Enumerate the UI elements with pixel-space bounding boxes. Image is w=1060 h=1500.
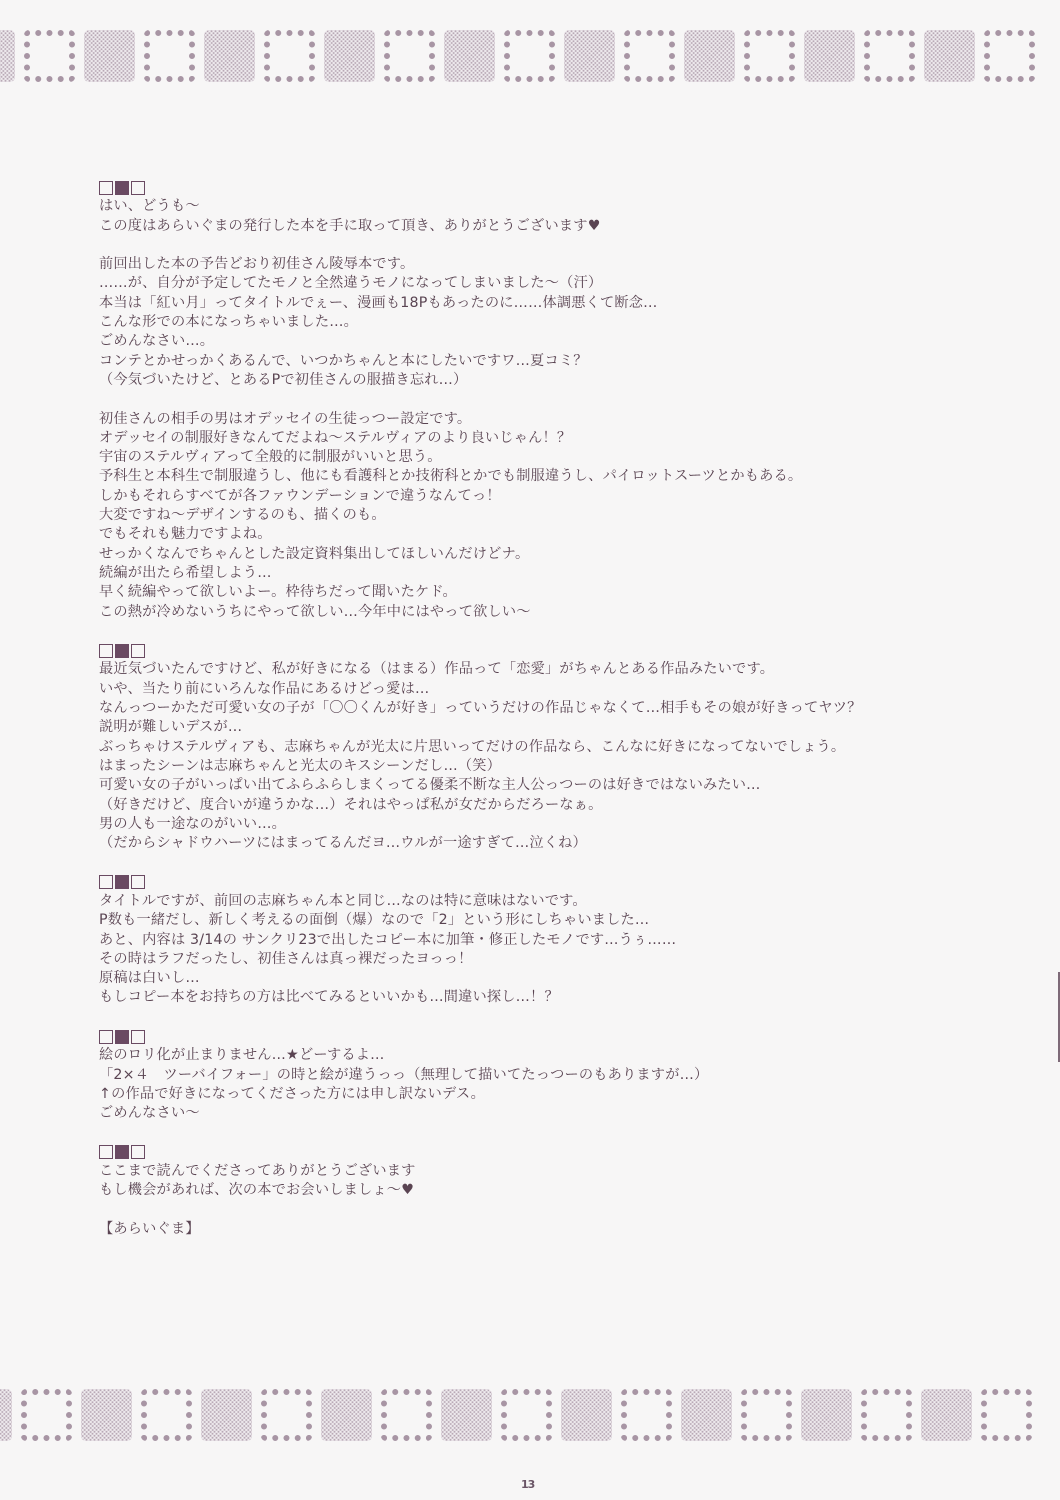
dotted-filled-square-icon [84,30,135,82]
text-line: 続編が出たら希望しよう… [99,564,959,583]
square-outline-icon [99,1030,113,1044]
section-title-note: タイトルですが、前回の志麻ちゃん本と同じ…なのは特に意味はないです。P数も一緒だ… [99,873,959,1008]
section-romance: 最近気づいたんですけど、私が好きになる（はまる）作品って「恋愛」がちゃんとある作… [99,641,959,853]
text-line: もし機会があれば、次の本でお会いしましょ～♥ [99,1181,959,1200]
dotted-outline-square-icon [864,30,915,82]
afterword-body: はい、どうも～この度はあらいぐまの発行した本を手に取って頂き、ありがとうございま… [99,178,959,1239]
dotted-filled-square-icon [81,1389,132,1441]
dotted-filled-square-icon [0,1389,12,1441]
section-marker-icon [99,1027,959,1046]
text-line: ぶっちゃけステルヴィアも、志麻ちゃんが光太に片思いってだけの作品なら、こんなに好… [99,738,959,757]
square-filled-icon [115,1030,129,1044]
author-signature: 【あらいぐま】 [99,1220,959,1239]
square-outline-icon [131,181,145,195]
dotted-filled-square-icon [804,30,855,82]
page-number: 13 [521,1478,534,1491]
dotted-outline-square-icon [861,1389,912,1441]
text-line: せっかくなんでちゃんとした設定資料集出してほしいんだけどナ。 [99,545,959,564]
dotted-outline-square-icon [24,30,75,82]
text-line: 予科生と本科生で制服違うし、他にも看護科とか技術科とかでも制服違うし、パイロット… [99,467,959,486]
text-line: 「2×４ ツーバイフォー」の時と絵が違うっっ（無理して描いてたっつーのもあります… [99,1066,959,1085]
dotted-filled-square-icon [444,30,495,82]
square-outline-icon [99,644,113,658]
square-outline-icon [131,1145,145,1159]
text-line: しかもそれらすべてが各ファウンデーションで違うなんてっ！ [99,487,959,506]
blank-line [99,236,959,255]
text-line: ごめんなさい…。 [99,332,959,351]
dotted-filled-square-icon [321,1389,372,1441]
dotted-filled-square-icon [681,1389,732,1441]
dotted-filled-square-icon [204,30,255,82]
section-art-style: 絵のロリ化が止まりません…★どーするよ…「2×４ ツーバイフォー」の時と絵が違う… [99,1027,959,1123]
text-line: ここまで読んでくださってありがとうございます [99,1162,959,1181]
dotted-filled-square-icon [324,30,375,82]
dotted-filled-square-icon [201,1389,252,1441]
section-marker-icon [99,1143,959,1162]
text-line: 初佳さんの相手の男はオデッセイの生徒っつー設定です。 [99,410,959,429]
dotted-outline-square-icon [261,1389,312,1441]
square-outline-icon [99,1145,113,1159]
text-line: （だからシャドウハーツにはまってるんだヨ…ウルが一途すぎて…泣くね） [99,834,959,853]
text-line: その時はラフだったし、初佳さんは真っ裸だったヨっっ！ [99,950,959,969]
dotted-outline-square-icon [504,30,555,82]
dotted-outline-square-icon [381,1389,432,1441]
dotted-outline-square-icon [384,30,435,82]
text-line: タイトルですが、前回の志麻ちゃん本と同じ…なのは特に意味はないです。 [99,892,959,911]
text-line: この熱が冷めないうちにやって欲しい…今年中にはやって欲しい～ [99,603,959,622]
section-closing: ここまで読んでくださってありがとうございますもし機会があれば、次の本でお会いしま… [99,1143,959,1201]
square-outline-icon [131,644,145,658]
square-outline-icon [99,875,113,889]
text-line: この度はあらいぐまの発行した本を手に取って頂き、ありがとうございます♥ [99,217,959,236]
decorative-border-bottom [0,1389,1060,1441]
square-outline-icon [131,1030,145,1044]
text-line: あと、内容は 3/14の サンクリ23で出したコピー本に加筆・修正したモノです…… [99,931,959,950]
dotted-outline-square-icon [141,1389,192,1441]
dotted-outline-square-icon [624,30,675,82]
text-line: 男の人も一途なのがいい…。 [99,815,959,834]
square-filled-icon [115,181,129,195]
text-line: コンテとかせっかくあるんで、いつかちゃんと本にしたいですワ…夏コミ？ [99,352,959,371]
text-line: はまったシーンは志麻ちゃんと光太のキスシーンだし…（笑） [99,757,959,776]
dotted-outline-square-icon [744,30,795,82]
text-line: 大変ですね～デザインするのも、描くのも。 [99,506,959,525]
text-line: もしコピー本をお持ちの方は比べてみるといいかも…間違い探し…！？ [99,988,959,1007]
dotted-outline-square-icon [621,1389,672,1441]
square-filled-icon [115,875,129,889]
square-outline-icon [131,875,145,889]
dotted-filled-square-icon [0,30,15,82]
dotted-outline-square-icon [501,1389,552,1441]
dotted-outline-square-icon [264,30,315,82]
text-line: 原稿は白いし… [99,969,959,988]
dotted-outline-square-icon [741,1389,792,1441]
dotted-outline-square-icon [21,1389,72,1441]
section-greeting: はい、どうも～この度はあらいぐまの発行した本を手に取って頂き、ありがとうございま… [99,178,959,622]
text-line: 前回出した本の予告どおり初佳さん陵辱本です。 [99,255,959,274]
text-line: ごめんなさい～ [99,1104,959,1123]
square-filled-icon [115,1145,129,1159]
square-filled-icon [115,644,129,658]
text-line: 絵のロリ化が止まりません…★どーするよ… [99,1046,959,1065]
dotted-filled-square-icon [921,1389,972,1441]
text-line: 最近気づいたんですけど、私が好きになる（はまる）作品って「恋愛」がちゃんとある作… [99,660,959,679]
text-line: 宇宙のステルヴィアって全般的に制服がいいと思う。 [99,448,959,467]
section-marker-icon [99,641,959,660]
dotted-filled-square-icon [801,1389,852,1441]
dotted-outline-square-icon [981,1389,1032,1441]
dotted-filled-square-icon [564,30,615,82]
text-line: オデッセイの制服好きなんてだよね～ステルヴィアのより良いじゃん！？ [99,429,959,448]
text-line: （好きだけど、度合いが違うかな…）それはやっぱ私が女だからだろーなぁ。 [99,796,959,815]
blank-line [99,390,959,409]
dotted-outline-square-icon [984,30,1035,82]
text-line: はい、どうも～ [99,197,959,216]
text-line: 本当は「紅い月」ってタイトルでぇー、漫画も18Pもあったのに……体調悪くて断念… [99,294,959,313]
text-line: なんっつーかただ可愛い女の子が「〇〇くんが好き」っていうだけの作品じゃなくて…相… [99,699,959,718]
section-marker-icon [99,873,959,892]
dotted-filled-square-icon [684,30,735,82]
text-line: 可愛い女の子がいっぱい出てふらふらしまくってる優柔不断な主人公っつーのは好きでは… [99,776,959,795]
decorative-border-top [0,30,1060,82]
text-line: ……が、自分が予定してたモノと全然違うモノになってしまいました～（汗） [99,274,959,293]
text-line: ↑の作品で好きになってくださった方には申し訳ないデス。 [99,1085,959,1104]
text-line: こんな形での本になっちゃいました…。 [99,313,959,332]
text-line: 早く続編やって欲しいよー。枠待ちだって聞いたケド。 [99,583,959,602]
square-outline-icon [99,181,113,195]
dotted-filled-square-icon [924,30,975,82]
dotted-filled-square-icon [441,1389,492,1441]
text-line: いや、当たり前にいろんな作品にあるけどっ愛は… [99,680,959,699]
section-marker-icon [99,178,959,197]
text-line: （今気づいたけど、とあるPで初佳さんの服描き忘れ…） [99,371,959,390]
dotted-outline-square-icon [144,30,195,82]
text-line: でもそれも魅力ですよね。 [99,525,959,544]
text-line: 説明が難しいデスが… [99,718,959,737]
text-line: P数も一緒だし、新しく考えるの面倒（爆）なので「2」という形にしちゃいました… [99,911,959,930]
dotted-filled-square-icon [561,1389,612,1441]
